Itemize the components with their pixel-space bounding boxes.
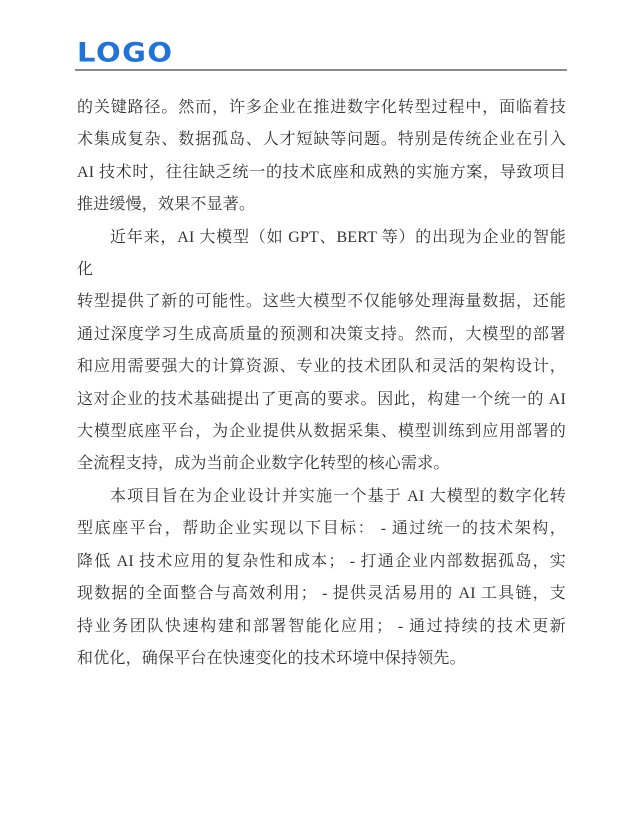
document-line: 持业务团队快速构建和部署智能化应用； - 通过持续的技术更新 — [77, 611, 566, 643]
document-line: 全流程支持，成为当前企业数字化转型的核心需求。 — [77, 448, 566, 480]
document-line: 转型提供了新的可能性。这些大模型不仅能够处理海量数据，还能 — [77, 286, 566, 318]
document-line: 术集成复杂、数据孤岛、人才短缺等问题。特别是传统企业在引入 — [77, 124, 566, 156]
document-line: 这对企业的技术基础提出了更高的要求。因此，构建一个统一的 AI — [77, 384, 566, 416]
document-line: 本项目旨在为企业设计并实施一个基于 AI 大模型的数字化转 — [77, 481, 566, 513]
header-divider — [75, 69, 567, 71]
document-line: 和优化，确保平台在快速变化的技术环境中保持领先。 — [77, 643, 566, 675]
document-line: 和应用需要强大的计算资源、专业的技术团队和灵活的架构设计， — [77, 351, 566, 383]
document-line: 型底座平台，帮助企业实现以下目标： - 通过统一的技术架构， — [77, 513, 566, 545]
logo: LOGO — [77, 38, 174, 66]
document-page: LOGO 的关键路径。然而，许多企业在推进数字化转型过程中，面临着技术集成复杂、… — [0, 0, 640, 829]
document-line: 近年来，AI 大模型（如 GPT、BERT 等）的出现为企业的智能化 — [77, 222, 566, 287]
document-body: 的关键路径。然而，许多企业在推进数字化转型过程中，面临着技术集成复杂、数据孤岛、… — [77, 92, 566, 675]
document-line: 降低 AI 技术应用的复杂性和成本； - 打通企业内部数据孤岛，实 — [77, 546, 566, 578]
document-line: 推进缓慢，效果不显著。 — [77, 189, 566, 221]
document-line: 通过深度学习生成高质量的预测和决策支持。然而，大模型的部署 — [77, 319, 566, 351]
document-line: 现数据的全面整合与高效利用； - 提供灵活易用的 AI 工具链，支 — [77, 578, 566, 610]
document-line: 的关键路径。然而，许多企业在推进数字化转型过程中，面临着技 — [77, 92, 566, 124]
document-line: AI 技术时，往往缺乏统一的技术底座和成熟的实施方案，导致项目 — [77, 157, 566, 189]
document-line: 大模型底座平台，为企业提供从数据采集、模型训练到应用部署的 — [77, 416, 566, 448]
document-header: LOGO — [77, 36, 569, 66]
